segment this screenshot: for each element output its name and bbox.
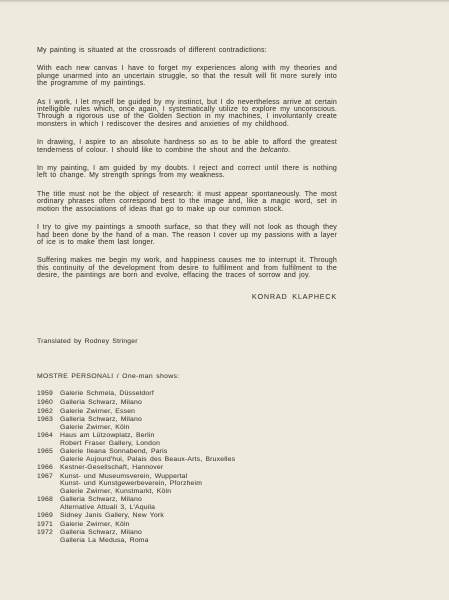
- show-row: 1966Kestner-Gesellschaft, Hannover: [37, 464, 337, 471]
- show-year: 1965: [37, 448, 60, 455]
- show-row: 1960Galleria Schwarz, Milano: [37, 399, 337, 406]
- essay-paragraph-4-text: In drawing, I aspire to an absolute hard…: [37, 139, 337, 153]
- show-venue-line: Galerie Zwirner, Kunstmarkt, Köln: [60, 488, 337, 495]
- translator-credit: Translated by Rodney Stringer: [37, 338, 337, 345]
- show-row: 1964Haus am Lützowplatz, BerlinRobert Fr…: [37, 432, 337, 447]
- essay-paragraph-2: With each new canvas I have to forget my…: [37, 65, 337, 87]
- show-year: 1967: [37, 473, 60, 480]
- show-row: 1968Galleria Schwarz, MilanoAlternative …: [37, 496, 337, 511]
- show-venues: Galleria Schwarz, MilanoAlternative Attu…: [60, 496, 337, 511]
- show-year: 1969: [37, 512, 60, 519]
- shows-section-heading: MOSTRE PERSONALI / One-man shows:: [37, 373, 337, 380]
- essay-paragraph-5: In my painting, I am guided by my doubts…: [37, 165, 337, 180]
- show-venues: Haus am Lützowplatz, BerlinRobert Fraser…: [60, 432, 337, 447]
- show-venues: Galleria Schwarz, MilanoGalleria La Medu…: [60, 529, 337, 544]
- show-venues: Galleria Schwarz, Milano: [60, 399, 337, 406]
- show-venues: Kunst- und Museumsverein, WuppertalKunst…: [60, 473, 337, 495]
- show-venue-line: Kunst- und Kunstgewerbeverein, Pforzheim: [60, 480, 337, 487]
- show-row: 1959Galerie Schmela, Düsseldorf: [37, 390, 337, 397]
- show-venues: Galerie Zwirner, Essen: [60, 408, 337, 415]
- show-venue-line: Alternative Attuali 3, L'Aquila: [60, 504, 337, 511]
- shows-list: 1959Galerie Schmela, Düsseldorf1960Galle…: [37, 390, 337, 544]
- essay-paragraph-6: The title must not be the object of rese…: [37, 191, 337, 213]
- show-venues: Kestner-Gesellschaft, Hannover: [60, 464, 337, 471]
- essay-paragraph-3: As I work, I let myself be guided by my …: [37, 99, 337, 129]
- show-venues: Galleria Schwarz, MilanoGalerie Zwirner,…: [60, 416, 337, 431]
- show-venue-line: Haus am Lützowplatz, Berlin: [60, 432, 337, 439]
- essay-paragraph-8: Suffering makes me begin my work, and ha…: [37, 257, 337, 279]
- one-man-shows-section: MOSTRE PERSONALI / One-man shows: 1959Ga…: [37, 373, 337, 544]
- author-signature: KONRAD KLAPHECK: [37, 293, 337, 301]
- show-venue-line: Galleria La Medusa, Roma: [60, 537, 337, 544]
- show-venue-line: Galerie Zwirner, Essen: [60, 408, 337, 415]
- show-year: 1971: [37, 521, 60, 528]
- show-venues: Galerie Ileana Sonnabend, ParisGalerie A…: [60, 448, 337, 463]
- show-year: 1960: [37, 399, 60, 406]
- show-row: 1967Kunst- und Museumsverein, WuppertalK…: [37, 473, 337, 495]
- show-row: 1971Galerie Zwirner, Köln: [37, 521, 337, 528]
- show-venue-line: Galleria Schwarz, Milano: [60, 496, 337, 503]
- show-year: 1966: [37, 464, 60, 471]
- show-venue-line: Galerie Schmela, Düsseldorf: [60, 390, 337, 397]
- show-venues: Galerie Schmela, Düsseldorf: [60, 390, 337, 397]
- show-row: 1965Galerie Ileana Sonnabend, ParisGaler…: [37, 448, 337, 463]
- show-year: 1962: [37, 408, 60, 415]
- show-year: 1963: [37, 416, 60, 423]
- show-row: 1963Galleria Schwarz, MilanoGalerie Zwir…: [37, 416, 337, 431]
- show-venue-line: Kunst- und Museumsverein, Wuppertal: [60, 473, 337, 480]
- show-venue-line: Kestner-Gesellschaft, Hannover: [60, 464, 337, 471]
- show-venues: Galerie Zwirner, Köln: [60, 521, 337, 528]
- essay-belcanto-italic: belcanto: [260, 147, 288, 154]
- essay-paragraph-4: In drawing, I aspire to an absolute hard…: [37, 139, 337, 154]
- show-venues: Sidney Janis Gallery, New York: [60, 512, 337, 519]
- show-venue-line: Galleria Schwarz, Milano: [60, 399, 337, 406]
- show-year: 1959: [37, 390, 60, 397]
- catalogue-page: My painting is situated at the crossroad…: [0, 0, 449, 600]
- show-venue-line: Galerie Ileana Sonnabend, Paris: [60, 448, 337, 455]
- show-venue-line: Robert Fraser Gallery, London: [60, 440, 337, 447]
- essay-paragraph-7: I try to give my paintings a smooth surf…: [37, 224, 337, 246]
- show-venue-line: Galerie Aujourd'hui, Palais des Beaux-Ar…: [60, 456, 337, 463]
- show-row: 1969Sidney Janis Gallery, New York: [37, 512, 337, 519]
- page-content: My painting is situated at the crossroad…: [37, 47, 337, 545]
- show-year: 1972: [37, 529, 60, 536]
- show-venue-line: Galleria Schwarz, Milano: [60, 416, 337, 423]
- essay-paragraph-4-end: .: [288, 147, 290, 154]
- show-row: 1962Galerie Zwirner, Essen: [37, 408, 337, 415]
- essay-paragraph-1: My painting is situated at the crossroad…: [37, 47, 337, 54]
- show-year: 1968: [37, 496, 60, 503]
- show-venue-line: Galerie Zwirner, Köln: [60, 521, 337, 528]
- show-year: 1964: [37, 432, 60, 439]
- show-venue-line: Sidney Janis Gallery, New York: [60, 512, 337, 519]
- show-row: 1972Galleria Schwarz, MilanoGalleria La …: [37, 529, 337, 544]
- show-venue-line: Galerie Zwirner, Köln: [60, 424, 337, 431]
- show-venue-line: Galleria Schwarz, Milano: [60, 529, 337, 536]
- artist-statement: My painting is situated at the crossroad…: [37, 47, 337, 301]
